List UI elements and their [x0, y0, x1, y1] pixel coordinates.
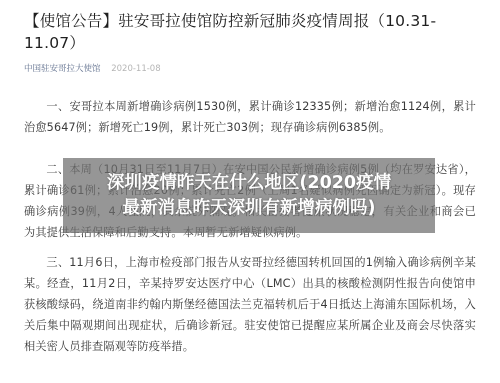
article-title: 【使馆公告】驻安哥拉使馆防控新冠肺炎疫情周报（10.31-11.07）: [24, 10, 474, 54]
author-link[interactable]: 中国驻安哥拉大使馆: [24, 64, 101, 74]
headline-overlay: 深圳疫情昨天在什么地区(2020疫情 最新消息昨天深圳有新增病例吗): [63, 158, 435, 233]
paragraph-3: 三、11月6日，上海市检疫部门报告从安哥拉经德国转机回国的1例输入确诊病例辛某某…: [24, 252, 476, 357]
overlay-headline-line-2: 最新消息昨天深圳有新增病例吗): [123, 196, 376, 221]
article-page: 【使馆公告】驻安哥拉使馆防控新冠肺炎疫情周报（10.31-11.07） 中国驻安…: [0, 0, 500, 383]
paragraph-1: 一、安哥拉本周新增确诊病例1530例，累计确诊12335例；新增治愈1124例，…: [24, 96, 476, 138]
publish-date: 2020-11-08: [111, 64, 160, 74]
overlay-headline-line-1: 深圳疫情昨天在什么地区(2020疫情: [107, 171, 391, 196]
article-meta: 中国驻安哥拉大使馆 2020-11-08: [24, 63, 161, 75]
